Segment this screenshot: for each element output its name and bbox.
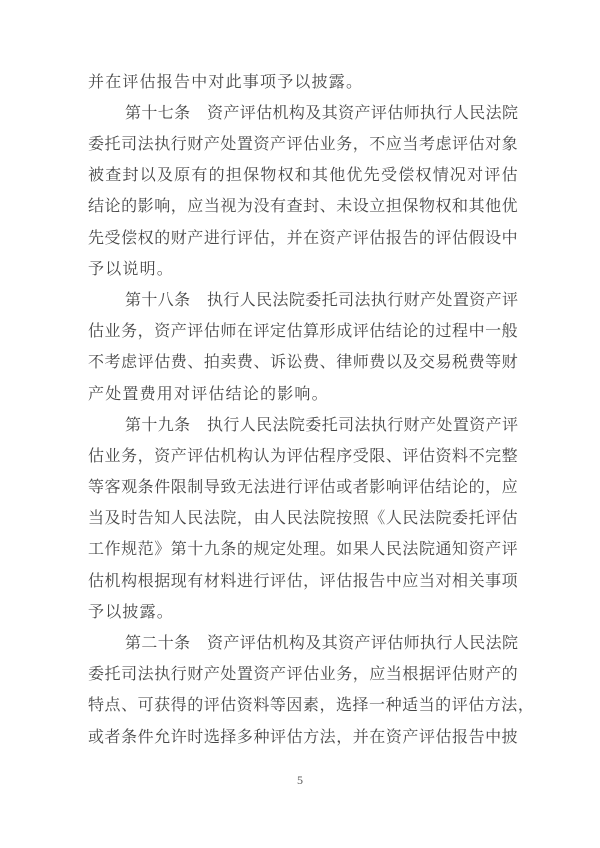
text-char: 费 [171, 355, 187, 371]
text-char: 料 [452, 449, 468, 465]
text-char: 评 [138, 355, 154, 371]
text-char: 获 [154, 698, 170, 714]
text-char: 置 [237, 667, 253, 683]
text-char: 人 [240, 418, 256, 434]
text-char [191, 293, 207, 309]
text-char: 响 [386, 480, 402, 496]
text-char: 结 [435, 480, 451, 496]
text-char: 适 [402, 698, 418, 714]
text-char: 限 [369, 449, 385, 465]
text-char: 。 [320, 542, 336, 558]
text-char: 论 [402, 324, 418, 340]
text-char: 评 [253, 324, 269, 340]
text-char [191, 636, 207, 652]
text-char: 权 [435, 199, 451, 215]
text-char: 论 [105, 199, 121, 215]
text-char: 评 [287, 449, 303, 465]
text-char: 择 [220, 730, 236, 746]
text-char: 托 [322, 418, 338, 434]
text-char: 产 [336, 231, 352, 247]
text-char: 法 [354, 418, 370, 434]
text-char: 评 [419, 730, 435, 746]
text-char: 资 [338, 636, 354, 652]
text-line: 第十九条 执行人民法院委托司法执行财产处置资产评 [88, 410, 518, 441]
text-char: 法 [501, 698, 517, 714]
text-char: 第 [125, 106, 141, 122]
text-char: 师 [404, 636, 420, 652]
text-char: 产 [420, 293, 436, 309]
text-char: 构 [289, 636, 305, 652]
text-char: 有 [270, 199, 286, 215]
text-char: 产 [171, 449, 187, 465]
text-char: 设 [485, 231, 501, 247]
text-char: 估 [287, 730, 303, 746]
text-line: 产处置费用对评估结论的影响。 [88, 379, 518, 410]
text-char: 报 [353, 574, 369, 590]
text-char: 行 [253, 574, 269, 590]
text-char: 法 [253, 480, 269, 496]
text-char: 师 [220, 324, 236, 340]
text-char: 院 [419, 542, 435, 558]
text-char: 一 [485, 324, 501, 340]
text-char: 般 [502, 324, 518, 340]
text-char: 执 [154, 137, 170, 153]
text-char: 第 [125, 293, 141, 309]
text-char: 理 [303, 542, 319, 558]
text-char: 有 [187, 574, 203, 590]
text-char: 当 [204, 199, 220, 215]
text-char: 应 [386, 137, 402, 153]
text-char: 及 [157, 168, 173, 184]
text-char: 为 [270, 449, 286, 465]
text-char: 程 [320, 449, 336, 465]
text-char: 权 [278, 168, 294, 184]
text-char: 产 [420, 418, 436, 434]
text-char: ， [303, 574, 319, 590]
text-char: 评 [270, 574, 286, 590]
text-char: 估 [320, 480, 336, 496]
text-char: 评 [435, 667, 451, 683]
text-char: 卖 [220, 355, 236, 371]
text-char: 法 [273, 418, 289, 434]
text-char: 中 [502, 231, 518, 247]
text-char: 、 [320, 199, 336, 215]
text-char: 置 [453, 418, 469, 434]
text-char: 查 [287, 199, 303, 215]
text-char: 托 [469, 511, 485, 527]
text-char: 业 [105, 449, 121, 465]
text-char: 当 [88, 511, 104, 527]
text-char: 执 [154, 667, 170, 683]
text-char: 法 [354, 293, 370, 309]
text-char: 可 [138, 698, 154, 714]
text-char: 知 [154, 511, 170, 527]
text-char: 评 [240, 636, 256, 652]
text-char: 告 [402, 231, 418, 247]
text-char: 的 [435, 698, 451, 714]
text-char: 产 [486, 293, 502, 309]
text-char: 师 [353, 355, 369, 371]
text-char: 估 [256, 106, 272, 122]
text-char: ， [353, 137, 369, 153]
text-char: 整 [502, 449, 518, 465]
text-char: 人 [171, 511, 187, 527]
text-line: 工作规范》第十九条的规定处理。如果人民法院通知资产评 [88, 535, 518, 566]
text-line: 等客观条件限制导致无法进行评估或者影响评估结论的，应 [88, 472, 518, 503]
text-char: 保 [402, 199, 418, 215]
text-char: 保 [243, 168, 259, 184]
text-char: 执 [207, 293, 223, 309]
text-char: 财 [469, 667, 485, 683]
text-char: ， [171, 199, 187, 215]
text-char: 形 [320, 324, 336, 340]
text-char: 行 [220, 231, 236, 247]
text-char: 原 [174, 168, 190, 184]
text-char: 并 [287, 231, 303, 247]
text-char: 处 [287, 542, 303, 558]
text-line: 予以说明。 [88, 254, 518, 285]
text-char: 民 [402, 511, 418, 527]
text-char: 结 [386, 324, 402, 340]
text-char: 机 [273, 106, 289, 122]
text-char: 民 [469, 106, 485, 122]
text-char: 诉 [270, 355, 286, 371]
text-char: 产 [354, 106, 370, 122]
text-char: 评 [320, 574, 336, 590]
text-char: 权 [138, 231, 154, 247]
text-char: 对 [467, 168, 483, 184]
text-char: 司 [338, 418, 354, 434]
text-char: 资 [386, 730, 402, 746]
text-char: 评 [502, 542, 518, 558]
text-char: 资 [154, 324, 170, 340]
text-char: 处 [436, 293, 452, 309]
text-char: 当 [386, 667, 402, 683]
text-char: 执 [371, 293, 387, 309]
text-char: 评 [270, 730, 286, 746]
text-line: 估机构根据现有材料进行评估，评估报告中应当对相关事项 [88, 566, 518, 597]
text-char: 税 [452, 355, 468, 371]
text-char: 司 [121, 667, 137, 683]
text-char: 产 [270, 137, 286, 153]
text-char: 评 [187, 449, 203, 465]
text-char: 院 [502, 106, 518, 122]
text-char: 以 [140, 168, 156, 184]
text-char: 应 [187, 199, 203, 215]
text-char [191, 106, 207, 122]
text-char: 致 [220, 480, 236, 496]
text-char: 及 [105, 511, 121, 527]
text-char: 不 [369, 137, 385, 153]
text-char: 的 [419, 231, 435, 247]
text-char: 民 [386, 542, 402, 558]
text-char: 得 [171, 698, 187, 714]
text-char: 产 [485, 542, 501, 558]
text-line: 委托司法执行财产处置资产评估业务，不应当考虑评估对象 [88, 129, 518, 160]
text-char: 项 [502, 574, 518, 590]
text-line: 并在评估报告中对此事项予以披露。 [88, 67, 518, 98]
text-char: 财 [187, 137, 203, 153]
text-char: 和 [452, 199, 468, 215]
text-char: 物 [260, 168, 276, 184]
text-line: 被查封以及原有的担保物权和其他优先受偿权情况对评估 [88, 161, 518, 192]
text-char: 件 [154, 480, 170, 496]
text-char: 没 [253, 199, 269, 215]
text-char: 院 [320, 511, 336, 527]
text-char: 方 [303, 730, 319, 746]
text-char: 工 [88, 542, 104, 558]
text-char: 被 [88, 168, 104, 184]
text-char: 评 [353, 324, 369, 340]
text-char: 根 [138, 574, 154, 590]
text-char: 评 [237, 231, 253, 247]
text-char: ， [138, 449, 154, 465]
text-char: 先 [88, 231, 104, 247]
text-char: 报 [452, 730, 468, 746]
text-line: 第二十条 资产评估机构及其资产评估师执行人民法院 [88, 628, 518, 659]
text-char: 委 [88, 137, 104, 153]
text-block: 并在评估报告中对此事项予以披露。第十七条 资产评估机构及其资产评估师执行人民法院… [88, 67, 518, 753]
text-char: 导 [204, 480, 220, 496]
text-char: ， [270, 231, 286, 247]
text-char: 产 [223, 106, 239, 122]
text-char: 评 [204, 698, 220, 714]
text-char: 种 [386, 698, 402, 714]
text-char: 人 [453, 106, 469, 122]
text-char: 、 [187, 355, 203, 371]
text-char: 虑 [121, 355, 137, 371]
text-char: 人 [453, 636, 469, 652]
text-char: 先 [364, 168, 380, 184]
text-char: 种 [253, 730, 269, 746]
text-char: 估 [220, 698, 236, 714]
text-char: 讼 [287, 355, 303, 371]
text-char: 置 [237, 137, 253, 153]
text-char: 物 [419, 199, 435, 215]
text-char: 机 [220, 449, 236, 465]
text-char: 七 [158, 106, 174, 122]
text-char: 规 [253, 542, 269, 558]
text-char: 条 [174, 106, 190, 122]
text-char: 估 [88, 449, 104, 465]
text-char: 处 [436, 418, 452, 434]
text-char: 费 [469, 355, 485, 371]
text-char: 权 [415, 168, 431, 184]
text-char: 产 [187, 231, 203, 247]
text-char: 法 [486, 636, 502, 652]
text-char: 不 [469, 449, 485, 465]
text-char: 受 [105, 231, 121, 247]
text-char: 观 [121, 480, 137, 496]
text-char: 司 [338, 293, 354, 309]
text-char: 和 [295, 168, 311, 184]
text-char: 制 [187, 480, 203, 496]
text-char: 估 [469, 137, 485, 153]
text-char: 或 [336, 480, 352, 496]
text-char: 多 [237, 730, 253, 746]
text-char: 过 [435, 324, 451, 340]
text-char: ， [485, 480, 501, 496]
text-char: 估 [204, 449, 220, 465]
text-char: 限 [171, 480, 187, 496]
text-char: 一 [369, 698, 385, 714]
text-char: 资 [320, 231, 336, 247]
text-char: 《 [369, 511, 385, 527]
text-char: 产 [354, 636, 370, 652]
text-char: 估 [256, 636, 272, 652]
text-char: 人 [240, 293, 256, 309]
text-char: 估 [502, 168, 518, 184]
text-char: 行 [223, 293, 239, 309]
text-char: 估 [303, 137, 319, 153]
text-char: 评 [484, 168, 500, 184]
text-char: 财 [502, 355, 518, 371]
text-char: 许 [171, 730, 187, 746]
text-char: 情 [433, 168, 449, 184]
text-char: 院 [435, 511, 451, 527]
text-char: 估 [452, 667, 468, 683]
text-char: 构 [237, 449, 253, 465]
text-char: 条 [121, 730, 137, 746]
text-char: 点 [105, 698, 121, 714]
text-char: 财 [187, 667, 203, 683]
text-char: 当 [419, 574, 435, 590]
text-char: 处 [220, 667, 236, 683]
text-char: 影 [138, 199, 154, 215]
text-char: 资 [469, 542, 485, 558]
text-char: 完 [485, 449, 501, 465]
text-char: 评 [371, 636, 387, 652]
text-char: 估 [287, 574, 303, 590]
text-char: 者 [353, 480, 369, 496]
text-char: 资 [469, 293, 485, 309]
text-char: 民 [469, 636, 485, 652]
text-char: 评 [402, 480, 418, 496]
text-char: 规 [121, 542, 137, 558]
text-char: 由 [253, 511, 269, 527]
text-char: 产 [270, 667, 286, 683]
text-char: 执 [207, 418, 223, 434]
text-char: 不 [88, 355, 104, 371]
text-char: 评 [187, 324, 203, 340]
text-line: 先受偿权的财产进行评估，并在资产评估报告的评估假设中 [88, 223, 518, 254]
text-char: 评 [353, 231, 369, 247]
text-char: 资 [338, 106, 354, 122]
text-char [191, 418, 207, 434]
text-char: 材 [204, 574, 220, 590]
text-char: 司 [121, 137, 137, 153]
text-char: 产 [486, 418, 502, 434]
text-line: 特点、可获得的评估资料等因素，选择一种适当的评估方法， [88, 691, 534, 722]
text-line: 委托司法执行财产处置资产评估业务，应当根据评估财产的 [88, 660, 518, 691]
text-char: 进 [237, 574, 253, 590]
text-char: 应 [502, 480, 518, 496]
text-char: 知 [452, 542, 468, 558]
text-char: 范 [138, 542, 154, 558]
text-char: 其 [469, 199, 485, 215]
text-line: 予以披露。 [88, 597, 518, 628]
text-char: 估 [88, 324, 104, 340]
text-char: 财 [171, 231, 187, 247]
text-char: 通 [435, 542, 451, 558]
text-char: 估 [88, 574, 104, 590]
text-char: 资 [207, 636, 223, 652]
text-char: 八 [158, 293, 174, 309]
text-char: 执 [420, 106, 436, 122]
text-char: 估 [336, 574, 352, 590]
text-char: ， [237, 511, 253, 527]
text-char: 关 [469, 574, 485, 590]
text-char: 财 [404, 293, 420, 309]
text-char: 评 [435, 231, 451, 247]
text-char: 产 [485, 667, 501, 683]
text-char: 院 [502, 636, 518, 652]
text-char: 时 [187, 730, 203, 746]
text-char: 置 [453, 293, 469, 309]
text-char: 响 [154, 199, 170, 215]
text-char: 封 [122, 168, 138, 184]
text-char: 程 [452, 324, 468, 340]
text-char: 允 [154, 730, 170, 746]
text-char: 评 [371, 106, 387, 122]
text-char: 估 [303, 667, 319, 683]
text-char: 或 [88, 730, 104, 746]
text-char: 务 [121, 324, 137, 340]
text-char: 在 [369, 730, 385, 746]
text-char: 估 [287, 324, 303, 340]
text-char: 评 [287, 137, 303, 153]
text-char: 托 [105, 667, 121, 683]
text-char: 事 [485, 574, 501, 590]
text-char: 受 [381, 168, 397, 184]
text-char: 当 [419, 698, 435, 714]
text-char: 条 [138, 480, 154, 496]
text-char: 时 [121, 511, 137, 527]
text-char: 封 [303, 199, 319, 215]
text-char: 按 [336, 511, 352, 527]
text-char: 特 [88, 698, 104, 714]
text-char: ， [518, 698, 534, 714]
text-char: 费 [369, 355, 385, 371]
text-char: 估 [468, 698, 484, 714]
text-char: 评 [287, 667, 303, 683]
text-char: 务 [336, 667, 352, 683]
text-char: 估 [369, 324, 385, 340]
text-char: 院 [289, 418, 305, 434]
text-char: 费 [237, 355, 253, 371]
text-char: 拍 [204, 355, 220, 371]
text-char: 机 [273, 636, 289, 652]
text-char: 委 [88, 667, 104, 683]
text-char: 法 [320, 730, 336, 746]
text-char: 资 [435, 449, 451, 465]
text-char: 的 [209, 168, 225, 184]
text-char: 担 [386, 199, 402, 215]
text-char: 他 [329, 168, 345, 184]
text-char: 产 [204, 667, 220, 683]
text-char: 的 [154, 231, 170, 247]
text-char: 考 [105, 355, 121, 371]
text-char: 当 [402, 137, 418, 153]
text-char: 设 [353, 199, 369, 215]
text-char: 委 [305, 418, 321, 434]
text-char: 无 [237, 480, 253, 496]
text-char: 资 [237, 698, 253, 714]
text-char: 为 [237, 199, 253, 215]
text-char: 优 [502, 199, 518, 215]
text-char: 处 [220, 137, 236, 153]
text-char: 披 [502, 730, 518, 746]
